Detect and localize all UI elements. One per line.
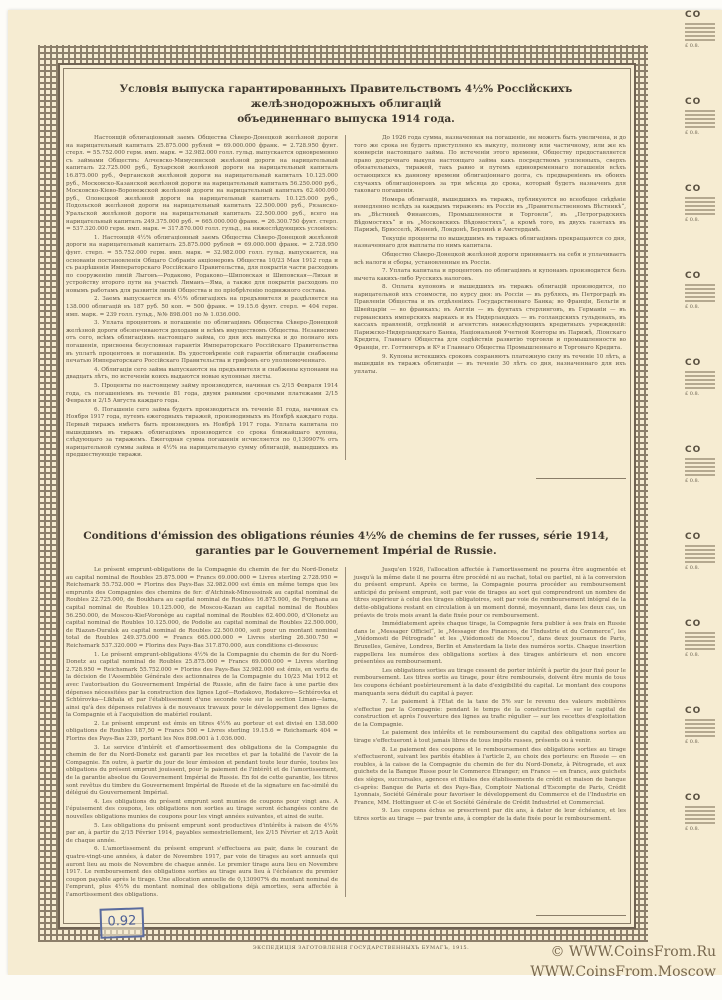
russian-title-line1: Условія выпуска гарантированныхъ Правите… xyxy=(76,82,616,112)
paragraph: Immédiatement après chaque tirage, la Co… xyxy=(354,621,626,667)
russian-right-column: До 1926 года сумма, назначенная на погаш… xyxy=(354,135,626,460)
paragraph: 3. Le service d'intérêt et d'amortisseme… xyxy=(66,745,338,798)
paragraph: Настоящій облигаціонный заемъ Общества С… xyxy=(66,135,338,234)
french-left-column: Le présent emprunt-obligations de la Com… xyxy=(66,567,338,897)
paragraph: 1. Le présent emprunt-obligations 4½% de… xyxy=(66,652,338,720)
paragraph: 2. Заемъ выпускается въ 4½% облигаціяхъ … xyxy=(66,296,338,319)
paragraph: До 1926 года сумма, назначенная на погаш… xyxy=(354,135,626,196)
document-body: Условія выпуска гарантированныхъ Правите… xyxy=(66,70,626,920)
paragraph: 6. L'amortissement du présent emprunt s'… xyxy=(66,846,338,897)
russian-title-line2: объединеннаго выпуска 1914 года. xyxy=(76,112,616,127)
watermark-line2: WWW.CoinsFrom.Moscow xyxy=(530,964,716,980)
russian-columns: Настоящій облигаціонный заемъ Общества С… xyxy=(66,135,626,460)
paragraph: 1. Настоящій 4½% облигаціонный заемъ Общ… xyxy=(66,235,338,296)
paragraph: Jusqu'en 1926, l'allocation affectée à l… xyxy=(354,567,626,620)
coupon-amount: £ 0.8. xyxy=(685,652,722,658)
paragraph: 9. Купоны истекшихъ сроковъ сохраняютъ п… xyxy=(354,354,626,377)
coupon-heading: CO xyxy=(685,532,722,542)
watermark-line1: © WWW.CoinsFrom.Ru xyxy=(550,944,716,960)
coupon: CO£ 0.8. xyxy=(685,793,722,903)
russian-conditions-section: Условія выпуска гарантированныхъ Правите… xyxy=(66,70,626,460)
coupon-heading: CO xyxy=(685,184,722,194)
paragraph: 4. Les obligations du présent emprunt so… xyxy=(66,799,338,822)
french-conditions-section: Conditions d'émission des obligations ré… xyxy=(66,517,626,897)
paragraph: 6. Погашеніе сего займа будетъ производи… xyxy=(66,407,338,460)
coupon-amount: £ 0.8. xyxy=(685,826,722,832)
coupon-heading: CO xyxy=(685,97,722,107)
paragraph: Номера облигацій, вышедшихъ въ тиражъ, п… xyxy=(354,197,626,235)
coupon-amount: £ 0.8. xyxy=(685,478,722,484)
coupon-strip: CO£ 0.8.CO£ 0.8.CO£ 0.8.CO£ 0.8.CO£ 0.8.… xyxy=(685,60,722,960)
coupon-heading: CO xyxy=(685,706,722,716)
paragraph: Общество Сѣверо-Донецкой желѣзной дороги… xyxy=(354,252,626,267)
paragraph: 8. Оплата купоновъ и вышедшихъ въ тиражъ… xyxy=(354,284,626,352)
french-columns: Le présent emprunt-obligations de la Com… xyxy=(66,567,626,897)
coupon-heading: CO xyxy=(685,445,722,455)
coupon-heading: CO xyxy=(685,271,722,281)
coupon-amount: £ 0.8. xyxy=(685,43,722,49)
coupon-heading: CO xyxy=(685,358,722,368)
coupon-heading: CO xyxy=(685,793,722,803)
coupon-heading: CO xyxy=(685,619,722,629)
paragraph: 9. Les coupons échus se prescrivent par … xyxy=(354,808,626,823)
coupon-heading: CO xyxy=(685,10,722,20)
column-divider xyxy=(345,567,346,897)
paragraph: 7. Уплата капитала и процентовъ по облиг… xyxy=(354,268,626,283)
french-title: Conditions d'émission des obligations ré… xyxy=(76,529,616,559)
russian-title: Условія выпуска гарантированныхъ Правите… xyxy=(76,82,616,127)
paragraph: Les obligations sorties au tirage cessen… xyxy=(354,668,626,698)
french-right-column: Jusqu'en 1926, l'allocation affectée à l… xyxy=(354,567,626,897)
french-title-line1: Conditions d'émission des obligations ré… xyxy=(76,529,616,544)
coupon-amount: £ 0.8. xyxy=(685,130,722,136)
paragraph: 5. Проценты по настоящему займу производ… xyxy=(66,383,338,406)
coupon-amount: £ 0.8. xyxy=(685,304,722,310)
paragraph: 8. Le paiement des coupons et le rembour… xyxy=(354,747,626,808)
russian-left-column: Настоящій облигаціонный заемъ Общества С… xyxy=(66,135,338,460)
paragraph: 3. Уплата процентовъ и погашеніе по обли… xyxy=(66,320,338,366)
paragraph: 4. Облигаціи сего займа выпускаются на п… xyxy=(66,367,338,382)
ornament-divider xyxy=(536,478,626,479)
paragraph: 2. Le présent emprunt est émis en titres… xyxy=(66,721,338,744)
paragraph: 5. Les obligations du présent emprunt so… xyxy=(66,823,338,846)
coupon-amount: £ 0.8. xyxy=(685,391,722,397)
paragraph: 7. Le paiement à l'Etat de la taxe de 5%… xyxy=(354,699,626,729)
column-divider xyxy=(345,135,346,460)
french-title-line2: garanties par le Gouvernement Impérial d… xyxy=(76,544,616,559)
coupon-amount: £ 0.8. xyxy=(685,217,722,223)
paragraph: Le paiement des intérêts et le rembourse… xyxy=(354,730,626,745)
ornament-divider xyxy=(536,915,626,916)
paragraph: Текущіе проценты по вышедшимъ въ тиражъ … xyxy=(354,236,626,251)
price-stamp: 0.92 xyxy=(99,907,144,939)
coupon-amount: £ 0.8. xyxy=(685,739,722,745)
paragraph: Le présent emprunt-obligations de la Com… xyxy=(66,567,338,651)
coupon-amount: £ 0.8. xyxy=(685,565,722,571)
